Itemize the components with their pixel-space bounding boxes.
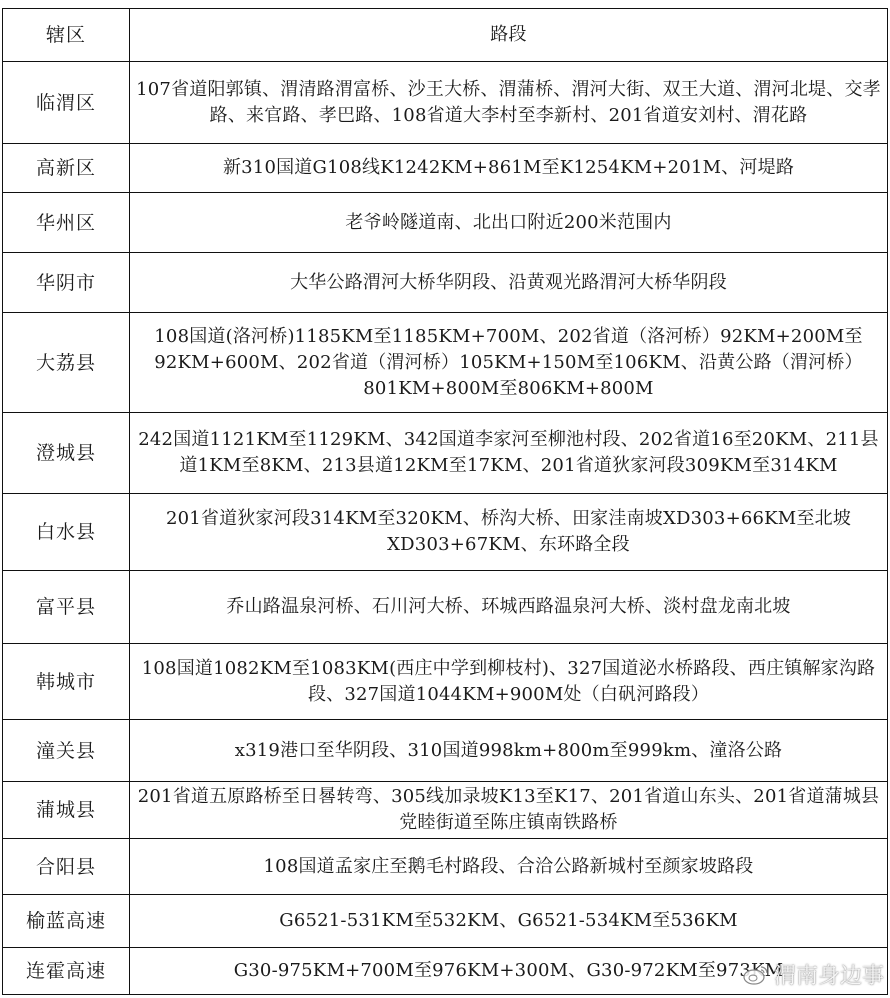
- road-section-cell: 乔山路温泉河桥、石川河大桥、环城西路温泉河大桥、淡村盘龙南北坡: [130, 571, 888, 644]
- district-cell: 高新区: [3, 144, 130, 193]
- table-row: 华阴市大华公路渭河大桥华阴段、沿黄观光路渭河大桥华阴段: [3, 253, 888, 313]
- road-section-cell: 201省道五原路桥至日晷转弯、305线加录坡K13至K17、201省道山东头、2…: [130, 782, 888, 839]
- district-cell: 榆蓝高速: [3, 895, 130, 948]
- district-cell: 华州区: [3, 193, 130, 253]
- district-cell: 蒲城县: [3, 782, 130, 839]
- road-section-cell: G6521-531KM至532KM、G6521-534KM至536KM: [130, 895, 888, 948]
- road-section-cell: 242国道1121KM至1129KM、342国道李家河至柳池村段、202省道16…: [130, 413, 888, 494]
- weibo-icon: [742, 964, 770, 986]
- road-section-cell: 108国道(洛河桥)1185KM至1185KM+700M、202省道（洛河桥）9…: [130, 313, 888, 413]
- table-row: 澄城县242国道1121KM至1129KM、342国道李家河至柳池村段、202省…: [3, 413, 888, 494]
- district-cell: 合阳县: [3, 839, 130, 895]
- road-section-cell: 108国道孟家庄至鹅毛村路段、合洽公路新城村至颜家坡路段: [130, 839, 888, 895]
- road-section-cell: 老爷岭隧道南、北出口附近200米范围内: [130, 193, 888, 253]
- table-row: 高新区新310国道G108线K1242KM+861M至K1254KM+201M、…: [3, 144, 888, 193]
- watermark-text: 渭南身边事: [774, 959, 884, 990]
- road-sections-table: 辖区 路段 临渭区107省道阳郭镇、渭清路渭富桥、沙王大桥、渭蒲桥、渭河大街、双…: [2, 8, 888, 995]
- road-section-cell: 108国道1082KM至1083KM(西庄中学到柳枝村)、327国道泌水桥路段、…: [130, 644, 888, 720]
- district-cell: 韩城市: [3, 644, 130, 720]
- table-row: 潼关县x319港口至华阴段、310国道998km+800m至999km、潼洛公路: [3, 720, 888, 782]
- table-row: 大荔县108国道(洛河桥)1185KM至1185KM+700M、202省道（洛河…: [3, 313, 888, 413]
- table-row: 韩城市108国道1082KM至1083KM(西庄中学到柳枝村)、327国道泌水桥…: [3, 644, 888, 720]
- road-section-cell: x319港口至华阴段、310国道998km+800m至999km、潼洛公路: [130, 720, 888, 782]
- table-row: 白水县201省道狄家河段314KM至320KM、桥沟大桥、田家洼南坡XD303+…: [3, 494, 888, 571]
- district-cell: 富平县: [3, 571, 130, 644]
- table-row: 榆蓝高速G6521-531KM至532KM、G6521-534KM至536KM: [3, 895, 888, 948]
- header-district: 辖区: [3, 9, 130, 62]
- table-row: 蒲城县201省道五原路桥至日晷转弯、305线加录坡K13至K17、201省道山东…: [3, 782, 888, 839]
- table-row: 临渭区107省道阳郭镇、渭清路渭富桥、沙王大桥、渭蒲桥、渭河大街、双王大道、渭河…: [3, 62, 888, 144]
- district-cell: 华阴市: [3, 253, 130, 313]
- district-cell: 白水县: [3, 494, 130, 571]
- road-section-cell: 新310国道G108线K1242KM+861M至K1254KM+201M、河堤路: [130, 144, 888, 193]
- district-cell: 临渭区: [3, 62, 130, 144]
- district-cell: 连霍高速: [3, 948, 130, 995]
- district-cell: 潼关县: [3, 720, 130, 782]
- table-row: 富平县乔山路温泉河桥、石川河大桥、环城西路温泉河大桥、淡村盘龙南北坡: [3, 571, 888, 644]
- table-row: 合阳县108国道孟家庄至鹅毛村路段、合洽公路新城村至颜家坡路段: [3, 839, 888, 895]
- table-row: 华州区老爷岭隧道南、北出口附近200米范围内: [3, 193, 888, 253]
- road-section-cell: 大华公路渭河大桥华阴段、沿黄观光路渭河大桥华阴段: [130, 253, 888, 313]
- district-cell: 大荔县: [3, 313, 130, 413]
- header-road-section: 路段: [130, 9, 888, 62]
- table-header-row: 辖区 路段: [3, 9, 888, 62]
- road-section-cell: 201省道狄家河段314KM至320KM、桥沟大桥、田家洼南坡XD303+66K…: [130, 494, 888, 571]
- watermark: 渭南身边事: [742, 959, 884, 990]
- district-cell: 澄城县: [3, 413, 130, 494]
- road-section-cell: 107省道阳郭镇、渭清路渭富桥、沙王大桥、渭蒲桥、渭河大街、双王大道、渭河北堤、…: [130, 62, 888, 144]
